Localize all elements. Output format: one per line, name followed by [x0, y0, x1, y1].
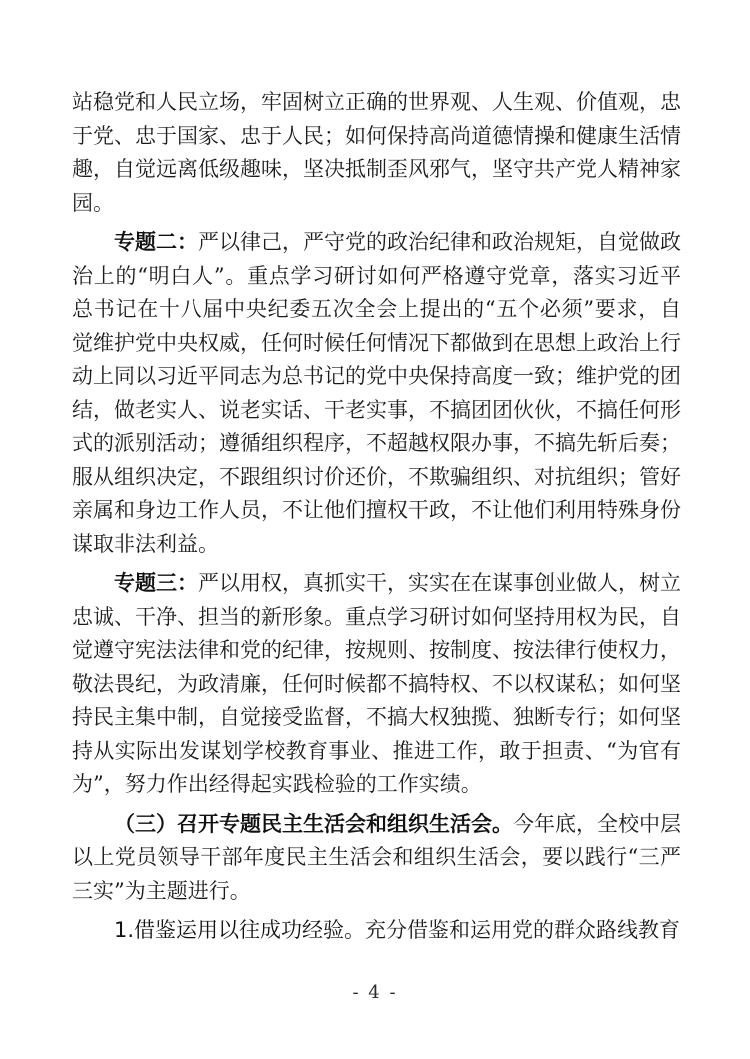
paragraph-text: 充分借鉴和运用党的群众路线教育 [365, 918, 680, 942]
topic-3-heading: 专题三： [114, 571, 198, 595]
paragraph-topic-2: 专题二：严以律己，严守党的政治纪律和政治规矩，自觉做政治上的“明白人”。重点学习… [72, 226, 681, 561]
document-page: 站稳党和人民立场，牢固树立正确的世界观、人生观、价值观，忠于党、忠于国家、忠于人… [0, 0, 750, 1059]
section-3-heading: （三）召开专题民主生活会和组织生活会。 [114, 812, 513, 836]
paragraph-section-3: （三）召开专题民主生活会和组织生活会。今年底，全校中层以上党员领导干部年度民主生… [72, 808, 681, 909]
paragraph-text: 站稳党和人民立场，牢固树立正确的世界观、人生观、价值观，忠于党、忠于国家、忠于人… [72, 90, 681, 215]
paragraph-item-1: 1.借鉴运用以往成功经验。充分借鉴和运用党的群众路线教育 [72, 914, 681, 948]
page-number: - 4 - [0, 982, 750, 1003]
paragraph-topic-3: 专题三：严以用权，真抓实干，实实在在谋事创业做人，树立忠诚、干净、担当的新形象。… [72, 567, 681, 802]
paragraph-text: 严以用权，真抓实干，实实在在谋事创业做人，树立忠诚、干净、担当的新形象。重点学习… [72, 571, 681, 796]
item-1-heading: 1.借鉴运用以往成功经验。 [114, 918, 365, 942]
topic-2-heading: 专题二： [114, 230, 198, 254]
paragraph-continuation: 站稳党和人民立场，牢固树立正确的世界观、人生观、价值观，忠于党、忠于国家、忠于人… [72, 86, 681, 220]
document-body: 站稳党和人民立场，牢固树立正确的世界观、人生观、价值观，忠于党、忠于国家、忠于人… [72, 86, 681, 954]
paragraph-text: 严以律己，严守党的政治纪律和政治规矩，自觉做政治上的“明白人”。重点学习研讨如何… [72, 230, 681, 556]
